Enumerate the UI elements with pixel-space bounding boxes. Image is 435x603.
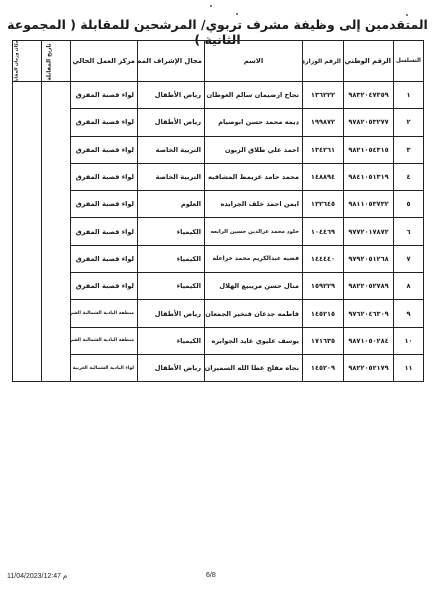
cell-workplace: منطقة البادية الشمالية الشرقية bbox=[71, 327, 138, 354]
header-date: تاريخ المقابلة bbox=[42, 41, 71, 82]
cell-serial: ٨ bbox=[394, 273, 424, 300]
cell-workplace: لواء قصبة المفرق bbox=[71, 245, 138, 272]
header-place-time: مكان وزمان المقابلة bbox=[13, 41, 42, 82]
table-row: ٢ ٩٧٨٢٠٥٣٢٧٧ ١٩٩٨٧٢ ديمه محمد حسن ابوصيا… bbox=[13, 109, 424, 136]
cell-national-id: ٩٨٣٢٠٤٧٣٥٩ bbox=[344, 82, 394, 109]
cell-name: احمد علي طلاق الزبون bbox=[205, 136, 303, 163]
cell-field: العلوم bbox=[138, 191, 205, 218]
cell-name: منال حسن مريبيع الهلال bbox=[205, 273, 303, 300]
cell-workplace: لواء البادية الشمالية الغربية bbox=[71, 354, 138, 381]
cell-serial: ٧ bbox=[394, 245, 424, 272]
cell-serial: ١١ bbox=[394, 354, 424, 381]
cell-serial: ٦ bbox=[394, 218, 424, 245]
cell-workplace: منطقة البادية الشمالية الشرقية bbox=[71, 300, 138, 327]
scan-speck bbox=[210, 5, 212, 7]
cell-field: التربية الخاصة bbox=[138, 136, 205, 163]
header-place-time-label: مكان وزمان المقابلة bbox=[14, 41, 19, 82]
cell-field: رياض الأطفال bbox=[138, 354, 205, 381]
cell-field: التربية الخاصة bbox=[138, 163, 205, 190]
cell-national-id: ٩٨٤١٠٥١٣١٩ bbox=[344, 163, 394, 190]
header-serial: التسلسل bbox=[394, 41, 424, 82]
cell-workplace: لواء قصبة المفرق bbox=[71, 191, 138, 218]
cell-field: رياض الأطفال bbox=[138, 300, 205, 327]
cell-workplace: لواء قصبة المفرق bbox=[71, 273, 138, 300]
table-row: ٩ ٩٧٦٢٠٤٦٣٠٩ ١٤٥٢١٥ فاطمه جدعان فنخير ال… bbox=[13, 300, 424, 327]
cell-name: فضيه عبدالكريم محمد خزاعله bbox=[205, 245, 303, 272]
cell-ministry-id: ١٩٩٨٧٢ bbox=[303, 109, 344, 136]
cell-serial: ٣ bbox=[394, 136, 424, 163]
table-row: ١١ ٩٨٢٢٠٥٢١٧٩ ١٤٥٢٠٩ نجاه مفلح عطا الله … bbox=[13, 354, 424, 381]
table-row: ١ ٩٨٣٢٠٤٧٣٥٩ ١٣٦٢٢٢ نجاح ارضيمان سالم ال… bbox=[13, 82, 424, 109]
cell-name: خلود محمد عزالدين حسين الرابعه bbox=[205, 218, 303, 245]
table-header-row: التسلسل الرقم الوطني الرقم الوزاري الاسم… bbox=[13, 41, 424, 82]
cell-field: الكيمياء bbox=[138, 327, 205, 354]
page-number: 6/8 bbox=[206, 572, 216, 579]
table-row: ١٠ ٩٨٧١٠٥٠٢٨٤ ١٧١٦٣٥ يوسف عليوي عايد الج… bbox=[13, 327, 424, 354]
cell-national-id: ٩٨٢٢٠٥٢٧٨٩ bbox=[344, 273, 394, 300]
cell-ministry-id: ١٧١٦٣٥ bbox=[303, 327, 344, 354]
table-row: ٤ ٩٨٤١٠٥١٣١٩ ١٤٨٨٩٤ محمد حامد عريمط المش… bbox=[13, 163, 424, 190]
cell-workplace: لواء قصبة المفرق bbox=[71, 109, 138, 136]
cell-workplace: لواء قصبة المفرق bbox=[71, 136, 138, 163]
cell-name: ايمن احمد خلف الجرايده bbox=[205, 191, 303, 218]
cell-national-id: ٩٧٨٢٠٥٣٢٧٧ bbox=[344, 109, 394, 136]
header-ministry-id: الرقم الوزاري bbox=[303, 41, 344, 82]
cell-serial: ٥ bbox=[394, 191, 424, 218]
cell-field: الكيمياء bbox=[138, 218, 205, 245]
cell-ministry-id: ١٥٩٢٢٩ bbox=[303, 273, 344, 300]
cell-interview-place-time: إدارة الإشراف والتدريب التربوي / الساعة … bbox=[13, 82, 42, 382]
header-field: مجال الإشراف المطلوب bbox=[138, 41, 205, 82]
cell-ministry-id: ١٠٤٤٦٩ bbox=[303, 218, 344, 245]
cell-name: محمد حامد عريمط المشاقبه bbox=[205, 163, 303, 190]
candidates-table: التسلسل الرقم الوطني الرقم الوزاري الاسم… bbox=[12, 40, 424, 382]
cell-ministry-id: ١٤٥٢١٥ bbox=[303, 300, 344, 327]
cell-field: الكيمياء bbox=[138, 245, 205, 272]
cell-ministry-id: ١٤٤٤٤٠ bbox=[303, 245, 344, 272]
cell-national-id: ٩٨٢١٠٥٤٣١٥ bbox=[344, 136, 394, 163]
cell-interview-date: الأربعاء ١٠-٥-٢٠٢٣ bbox=[42, 82, 71, 382]
cell-ministry-id: ١٣٦٢٢٢ bbox=[303, 82, 344, 109]
cell-serial: ٩ bbox=[394, 300, 424, 327]
cell-name: نجاه مفلح عطا الله السميران bbox=[205, 354, 303, 381]
table-row: ٨ ٩٨٢٢٠٥٢٧٨٩ ١٥٩٢٢٩ منال حسن مريبيع الهل… bbox=[13, 273, 424, 300]
cell-name: نجاح ارضيمان سالم الغوطان bbox=[205, 82, 303, 109]
table-row: ٣ ٩٨٢١٠٥٤٣١٥ ١٣٤٢٦١ احمد علي طلاق الزبون… bbox=[13, 136, 424, 163]
print-timestamp: 11/04/2023/12:47 م bbox=[7, 572, 67, 580]
header-national-id: الرقم الوطني bbox=[344, 41, 394, 82]
table-row: ٧ ٩٧٩٢٠٥١٢٦٨ ١٤٤٤٤٠ فضيه عبدالكريم محمد … bbox=[13, 245, 424, 272]
cell-ministry-id: ١٤٨٨٩٤ bbox=[303, 163, 344, 190]
cell-national-id: ٩٧٧٢٠١٧٨٧٢ bbox=[344, 218, 394, 245]
cell-national-id: ٩٧٩٢٠٥١٢٦٨ bbox=[344, 245, 394, 272]
header-date-label: تاريخ المقابلة bbox=[46, 43, 52, 80]
header-name: الاسم bbox=[205, 41, 303, 82]
cell-national-id: ٩٨١١٠٥٣٧٣٢ bbox=[344, 191, 394, 218]
cell-name: يوسف عليوي عايد الجوابره bbox=[205, 327, 303, 354]
cell-serial: ١ bbox=[394, 82, 424, 109]
cell-workplace: لواء قصبة المفرق bbox=[71, 163, 138, 190]
cell-ministry-id: ١٣٤٢٦١ bbox=[303, 136, 344, 163]
cell-ministry-id: ١٤٥٢٠٩ bbox=[303, 354, 344, 381]
scan-speck bbox=[236, 13, 238, 15]
cell-ministry-id: ١٣٢٦٤٥ bbox=[303, 191, 344, 218]
cell-name: ديمه محمد حسن ابوصيام bbox=[205, 109, 303, 136]
scan-speck bbox=[406, 14, 408, 16]
header-workplace: مركز العمل الحالي bbox=[71, 41, 138, 82]
cell-field: الكيمياء bbox=[138, 273, 205, 300]
cell-serial: ١٠ bbox=[394, 327, 424, 354]
cell-national-id: ٩٨٢٢٠٥٢١٧٩ bbox=[344, 354, 394, 381]
cell-field: رياض الأطفال bbox=[138, 109, 205, 136]
cell-serial: ٤ bbox=[394, 163, 424, 190]
cell-field: رياض الأطفال bbox=[138, 82, 205, 109]
cell-name: فاطمه جدعان فنخير الجمعان bbox=[205, 300, 303, 327]
cell-national-id: ٩٧٦٢٠٤٦٣٠٩ bbox=[344, 300, 394, 327]
cell-workplace: لواء قصبة المفرق bbox=[71, 82, 138, 109]
cell-serial: ٢ bbox=[394, 109, 424, 136]
table-row: ٥ ٩٨١١٠٥٣٧٣٢ ١٣٢٦٤٥ ايمن احمد خلف الجراي… bbox=[13, 191, 424, 218]
table-row: ٦ ٩٧٧٢٠١٧٨٧٢ ١٠٤٤٦٩ خلود محمد عزالدين حس… bbox=[13, 218, 424, 245]
cell-workplace: لواء قصبة المفرق bbox=[71, 218, 138, 245]
cell-national-id: ٩٨٧١٠٥٠٢٨٤ bbox=[344, 327, 394, 354]
